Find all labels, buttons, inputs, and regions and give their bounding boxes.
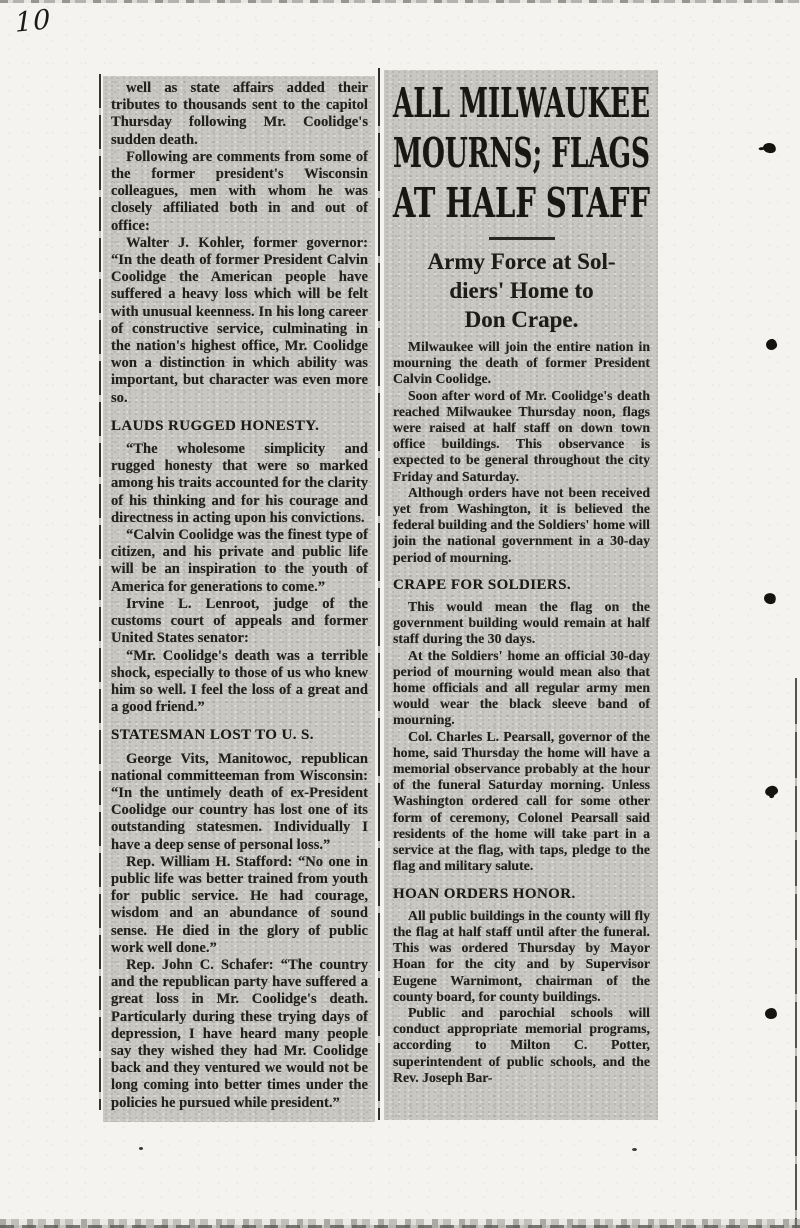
- article-paragraph: Rep. John C. Schafer: “The country and t…: [111, 957, 368, 1112]
- headline-line: ALL MILWAUKEE: [393, 78, 650, 128]
- article-paragraph: “Mr. Coolidge's death was a terrible sho…: [111, 648, 368, 717]
- article-paragraph: Public and parochial schools will conduc…: [393, 1005, 650, 1086]
- ink-blot: [765, 1007, 778, 1019]
- column-rule-middle: [378, 68, 380, 1120]
- article-paragraph: “Calvin Coolidge was the finest type of …: [111, 527, 368, 596]
- right-article-body: Milwaukee will join the entire nation in…: [393, 339, 650, 1086]
- headline-line: MOURNS; FLAGS: [393, 128, 650, 178]
- ink-speck: [139, 1147, 143, 1150]
- section-heading: LAUDS RUGGED HONESTY.: [111, 418, 368, 435]
- ink-blot: [764, 785, 779, 798]
- subheadline-line: diers' Home to: [393, 276, 650, 305]
- ink-blot: [762, 591, 777, 606]
- article-paragraph: Although orders have not been received y…: [393, 485, 650, 566]
- article-paragraph: This would mean the flag on the governme…: [393, 599, 650, 648]
- section-heading: CRAPE FOR SOLDIERS.: [393, 577, 650, 593]
- handwritten-page-number: 10: [15, 4, 52, 39]
- headline-line: AT HALF STAFF: [393, 178, 650, 228]
- ink-speck: [632, 1148, 637, 1151]
- scanned-newspaper-page: { "page": { "handwritten_note": "10" }, …: [0, 0, 800, 1228]
- right-article-column: ALL MILWAUKEE MOURNS; FLAGS AT HALF STAF…: [384, 70, 658, 1120]
- article-paragraph: Rep. William H. Stafford: “No one in pub…: [111, 854, 368, 957]
- article-paragraph: Following are comments from some of the …: [111, 149, 368, 235]
- left-article-column: well as state affairs added their tribut…: [103, 76, 375, 1122]
- headline-divider: [489, 237, 555, 240]
- scan-edge-top: [0, 0, 800, 3]
- article-paragraph: “The wholesome simplicity and rugged hon…: [111, 441, 368, 527]
- column-rule-left: [99, 74, 101, 1110]
- left-article-body: well as state affairs added their tribut…: [111, 80, 368, 1112]
- section-heading: HOAN ORDERS HONOR.: [393, 886, 650, 902]
- article-paragraph: Milwaukee will join the entire nation in…: [393, 339, 650, 388]
- article-paragraph: Walter J. Kohler, former governor: “In t…: [111, 235, 368, 407]
- article-paragraph: George Vits, Manitowoc, republican natio…: [111, 751, 368, 854]
- article-paragraph: All public buildings in the county will …: [393, 908, 650, 1005]
- article-paragraph: Soon after word of Mr. Coolidge's death …: [393, 388, 650, 485]
- scan-edge-right: [795, 678, 797, 1228]
- ink-blot: [765, 338, 777, 350]
- subheadline: Army Force at Sol- diers' Home to Don Cr…: [393, 247, 650, 334]
- article-paragraph: Irvine L. Lenroot, judge of the customs …: [111, 596, 368, 648]
- article-paragraph: well as state affairs added their tribut…: [111, 80, 368, 149]
- article-paragraph: At the Soldiers' home an official 30-day…: [393, 648, 650, 729]
- section-heading: STATESMAN LOST TO U. S.: [111, 727, 368, 744]
- subheadline-line: Don Crape.: [393, 305, 650, 334]
- subheadline-line: Army Force at Sol-: [393, 247, 650, 276]
- headline: ALL MILWAUKEE MOURNS; FLAGS AT HALF STAF…: [393, 78, 650, 228]
- ink-blot: [762, 142, 777, 155]
- article-paragraph: Col. Charles L. Pearsall, governor of th…: [393, 729, 650, 875]
